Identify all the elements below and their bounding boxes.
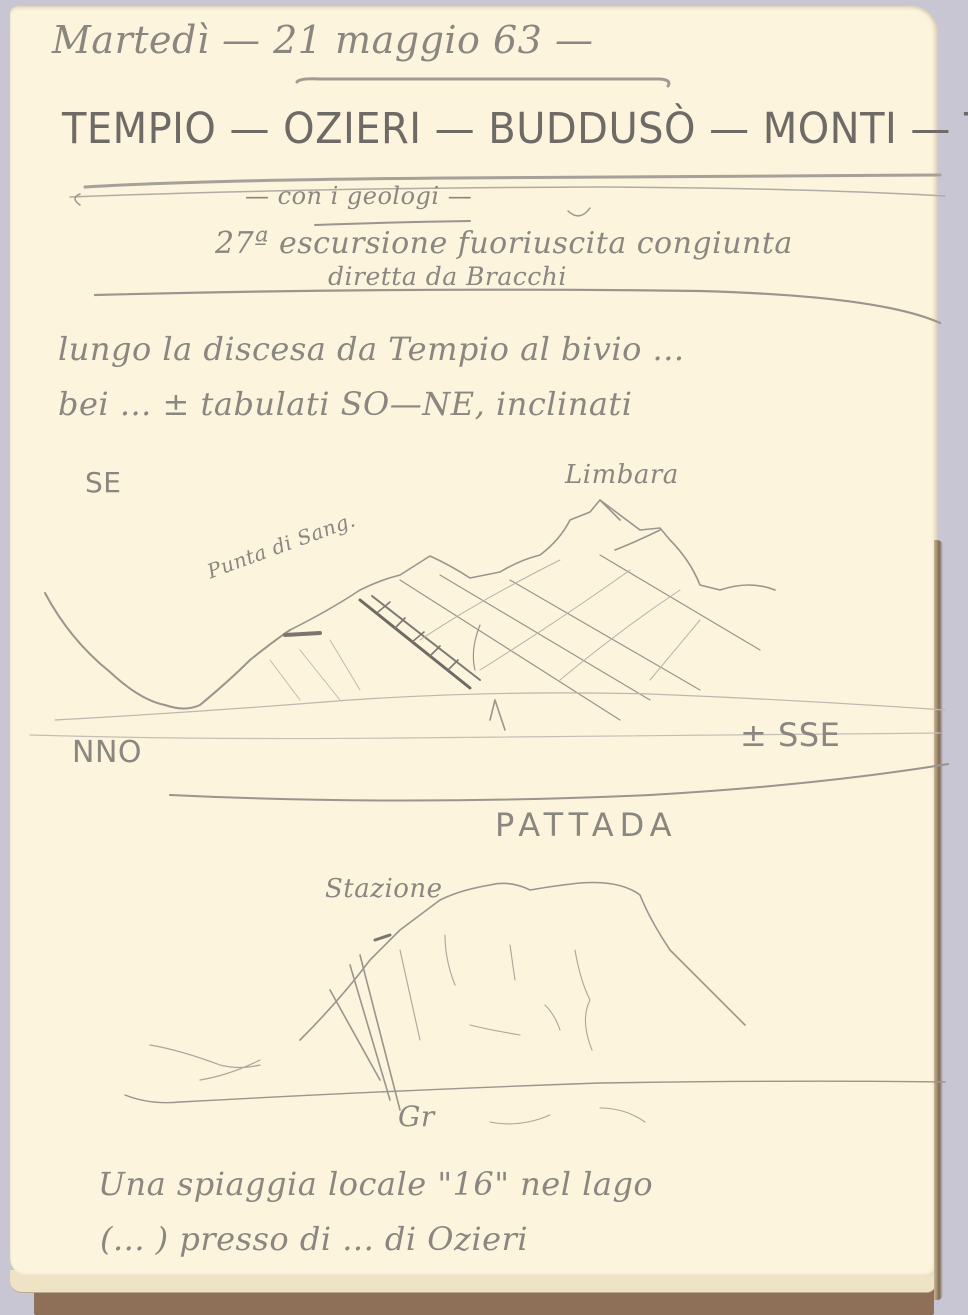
sketch1-label-sse: ± SSE [740,716,840,754]
sketch2-label-bottom: Gr [398,1100,435,1133]
date-line: Martedì — 21 maggio 63 — [52,18,593,62]
excursion-line-2: diretta da Bracchi [328,262,567,291]
sketch1-label-peak: Limbara [565,460,679,490]
excursion-line-1: 27ª escursione fuoriuscita congiunta [215,226,793,261]
sketch1-label-nno: NNO [72,735,142,770]
pencil-sketches [0,0,968,1315]
note-line-2: bei ... ± tabulati SO—NE, inclinati [58,385,632,423]
note-line-1: lungo la discesa da Tempio al bivio ... [58,330,685,368]
footer-line-2: (... ) presso di ... di Ozieri [100,1220,528,1258]
sketch1-label-se: SE [85,466,121,499]
subtitle-geologists: — con i geologi — [245,182,472,210]
sketch2-label-station: Stazione [325,874,443,904]
route-title: TEMPIO — OZIERI — BUDDUSÒ — MONTI — TEMP… [62,104,968,154]
footer-line-1: Una spiaggia locale "16" nel lago [98,1165,653,1203]
sketch2-title: PATTADA [495,806,678,844]
